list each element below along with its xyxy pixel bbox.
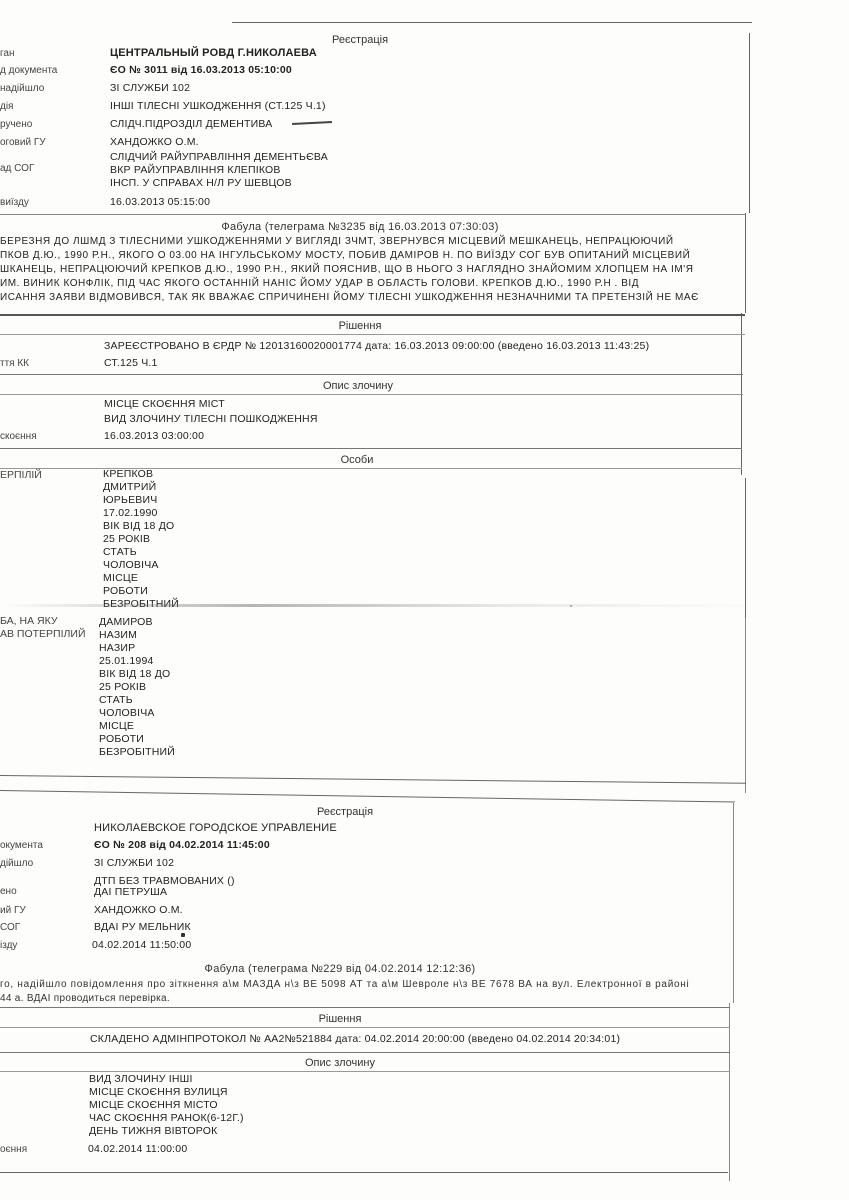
person-line: БЕЗРОБІТНИЙ — [99, 746, 175, 759]
field-label: ття КК — [0, 358, 29, 369]
divider — [0, 334, 745, 335]
section-title-registration: Реєстрація — [332, 34, 388, 46]
section-title-persons: Особи — [341, 454, 374, 466]
field-value-assigned: ДАІ ПЕТРУША — [94, 886, 167, 898]
section-title-plot: Фабула (телеграма №229 від 04.02.2014 12… — [205, 963, 476, 975]
field-label: ад СОГ — [0, 163, 34, 174]
field-value-assigned: СЛІДЧ.ПІДРОЗДІЛ ДЕМЕНТИВА — [110, 118, 272, 130]
crime-lines: ВИД ЗЛОЧИНУ ІНШІ МІСЦЕ СКОЄННЯ ВУЛИЦЯ МІ… — [89, 1073, 244, 1138]
field-value-organ: ЦЕНТРАЛЬНЫЙ РОВД Г.НИКОЛАЕВА — [110, 47, 317, 59]
field-label: оєння — [0, 1144, 27, 1155]
person-line: ВІК ВІД 18 ДО — [103, 520, 179, 533]
crime-line: ЧАС СКОЄННЯ РАНОК(6-12Г.) — [89, 1112, 244, 1125]
person-line: МІСЦЕ — [103, 572, 179, 585]
record-bottom-line — [0, 775, 746, 784]
person-line: 25.01.1994 — [99, 655, 175, 668]
divider — [0, 394, 743, 395]
plot-line: го, надійшло повідомлення про зіткнення … — [0, 979, 689, 990]
field-label: СОГ — [0, 922, 20, 933]
divider — [0, 374, 743, 375]
sog-line: СЛІДЧИЙ РАЙУПРАВЛІННЯ ДЕМЕНТЬЄВА — [110, 151, 328, 164]
person-line: ДАМИРОВ — [99, 616, 175, 629]
person-line: СТАТЬ — [99, 694, 175, 707]
field-label: скоєння — [0, 431, 37, 442]
field-value-sog: ВДАІ РУ МЕЛЬНИК — [94, 921, 191, 933]
scan-speck — [570, 605, 572, 607]
crime-lines: МІСЦЕ СКОЄННЯ МІСТ ВИД ЗЛОЧИНУ ТІЛЕСНІ П… — [104, 398, 318, 426]
section-title-registration: Реєстрація — [317, 806, 373, 818]
person-offender: ДАМИРОВ НАЗИМ НАЗИР 25.01.1994 ВІК ВІД 1… — [99, 616, 175, 759]
crime-line: ВИД ЗЛОЧИНУ ТІЛЕСНІ ПОШКОДЖЕННЯ — [104, 413, 318, 426]
crime-line: МІСЦЕ СКОЄННЯ МІСТО — [89, 1099, 244, 1112]
person-line: КРЕПКОВ — [103, 468, 179, 481]
frame-right-line — [733, 803, 734, 1003]
field-label: ий ГУ — [0, 905, 26, 916]
record-bottom-line — [0, 1172, 728, 1173]
field-value-sog: СЛІДЧИЙ РАЙУПРАВЛІННЯ ДЕМЕНТЬЄВА ВКР РАЙ… — [110, 151, 328, 190]
person-line: 17.02.1990 — [103, 507, 179, 520]
person-line: НАЗИМ — [99, 629, 175, 642]
person-line: ВІК ВІД 18 ДО — [99, 668, 175, 681]
field-label: ручено — [0, 119, 32, 130]
section-title-decision: Рішення — [339, 320, 382, 332]
scan-smudge — [0, 604, 760, 607]
frame-right-line — [745, 213, 746, 313]
field-value-event: ІНШІ ТІЛЕСНІ УШКОДЖЕННЯ (СТ.125 Ч.1) — [110, 100, 326, 112]
field-label: ізду — [0, 940, 17, 951]
field-value-document: ЄО № 3011 від 16.03.2013 05:10:00 — [110, 64, 292, 76]
decision-text: СКЛАДЕНО АДМІНПРОТОКОЛ № АА2№521884 дата… — [90, 1033, 620, 1045]
sog-line: ВКР РАЙУПРАВЛІННЯ КЛЕПІКОВ — [110, 164, 328, 177]
person-line: РОБОТИ — [99, 733, 175, 746]
pen-stroke — [292, 121, 332, 125]
frame-right-line — [745, 478, 746, 618]
field-label: оговий ГУ — [0, 137, 46, 148]
scan-speck — [181, 933, 185, 937]
section-title-plot: Фабула (телеграма №3235 від 16.03.2013 0… — [221, 221, 498, 233]
plot-line: БЕРЕЗНЯ ДО ЛШМД З ТІЛЕСНИМИ УШКОДЖЕННЯМИ… — [0, 236, 674, 247]
person-line: ЧОЛОВІЧА — [99, 707, 175, 720]
crime-line: МІСЦЕ СКОЄННЯ МІСТ — [104, 398, 318, 411]
person-line: НАЗИР — [99, 642, 175, 655]
field-label: окумента — [0, 840, 43, 851]
person-line: 25 РОКІВ — [99, 681, 175, 694]
field-label: дійшло — [0, 858, 33, 869]
person-line: ЮРЬЕВИЧ — [103, 494, 179, 507]
divider — [0, 1027, 730, 1028]
plot-line: ИСАННЯ ЗАЯВИ ВІДМОВИВСЯ, ТАК ЯК ВВАЖАЄ С… — [0, 292, 699, 303]
person-role-offender: БА, НА ЯКУ АВ ПОТЕРПІЛИЙ — [0, 615, 86, 641]
plot-line: ШКАНЕЦЬ, НЕПРАЦЮЮЧИЙ КРЕПКОВ Д.Ю., 1990 … — [0, 264, 694, 275]
divider — [0, 1052, 730, 1053]
frame-top-line — [0, 790, 735, 803]
field-label: ено — [0, 886, 17, 897]
field-value-duty-gu: ХАНДОЖКО О.М. — [110, 136, 199, 148]
divider — [0, 314, 745, 316]
field-value-departure: 04.02.2014 11:50:00 — [92, 939, 191, 951]
role-line: БА, НА ЯКУ — [0, 615, 86, 628]
divider — [0, 1007, 730, 1008]
person-line: СТАТЬ — [103, 546, 179, 559]
frame-right-line — [745, 618, 746, 793]
section-title-crime: Опис злочину — [323, 380, 393, 392]
field-value-crime-date: 04.02.2014 11:00:00 — [88, 1143, 187, 1155]
sog-line: ІНСП. У СПРАВАХ Н/Л РУ ШЕВЦОВ — [110, 177, 328, 190]
frame-right-line — [749, 33, 750, 213]
frame-right-line — [729, 1003, 730, 1181]
section-title-decision: Рішення — [319, 1013, 362, 1025]
field-value-source: ЗІ СЛУЖБИ 102 — [94, 857, 174, 869]
field-label: ган — [0, 48, 15, 59]
field-label: надійшло — [0, 83, 44, 94]
field-value-document: ЄО № 208 від 04.02.2014 11:45:00 — [94, 839, 270, 851]
decision-text: ЗАРЕЄСТРОВАНО В ЄРДР № 12013160020001774… — [104, 340, 649, 352]
crime-line: ВИД ЗЛОЧИНУ ІНШІ — [89, 1073, 244, 1086]
field-value-organ: НИКОЛАЕВСКОЕ ГОРОДСКОЕ УПРАВЛЕНИЕ — [94, 822, 337, 834]
person-line: ЧОЛОВІЧА — [103, 559, 179, 572]
divider — [0, 214, 746, 215]
field-value-crime-date: 16.03.2013 03:00:00 — [104, 430, 204, 442]
field-value-duty-gu: ХАНДОЖКО О.М. — [94, 904, 183, 916]
divider — [0, 1071, 730, 1072]
field-label: виїзду — [0, 197, 29, 208]
crime-line: ДЕНЬ ТИЖНЯ ВІВТОРОК — [89, 1125, 244, 1138]
field-label: д документа — [0, 65, 57, 76]
person-line: 25 РОКІВ — [103, 533, 179, 546]
field-label: дія — [0, 101, 13, 112]
person-line: РОБОТИ — [103, 585, 179, 598]
section-title-crime: Опис злочину — [305, 1057, 375, 1069]
plot-line: 44 а. ВДАІ проводиться перевірка. — [0, 993, 170, 1004]
person-victim: КРЕПКОВ ДМИТРИЙ ЮРЬЕВИЧ 17.02.1990 ВІК В… — [103, 468, 179, 611]
person-line: ДМИТРИЙ — [103, 481, 179, 494]
field-value-departure: 16.03.2013 05:15:00 — [110, 196, 210, 208]
plot-line: ИМ. ВИНИК КОНФЛІК, ПІД ЧАС ЯКОГО ОСТАННІ… — [0, 278, 639, 289]
field-value-article: СТ.125 Ч.1 — [104, 357, 158, 369]
field-value-source: ЗІ СЛУЖБИ 102 — [110, 82, 190, 94]
person-role-victim: ЕРПІЛІЙ — [0, 469, 42, 481]
divider — [0, 448, 742, 449]
plot-line: ПКОВ Д.Ю., 1990 Р.Н., ЯКОГО О 03.00 НА І… — [0, 250, 690, 261]
person-line: МІСЦЕ — [99, 720, 175, 733]
frame-top-line — [232, 22, 752, 23]
role-line: АВ ПОТЕРПІЛИЙ — [0, 628, 86, 641]
crime-line: МІСЦЕ СКОЄННЯ ВУЛИЦЯ — [89, 1086, 244, 1099]
